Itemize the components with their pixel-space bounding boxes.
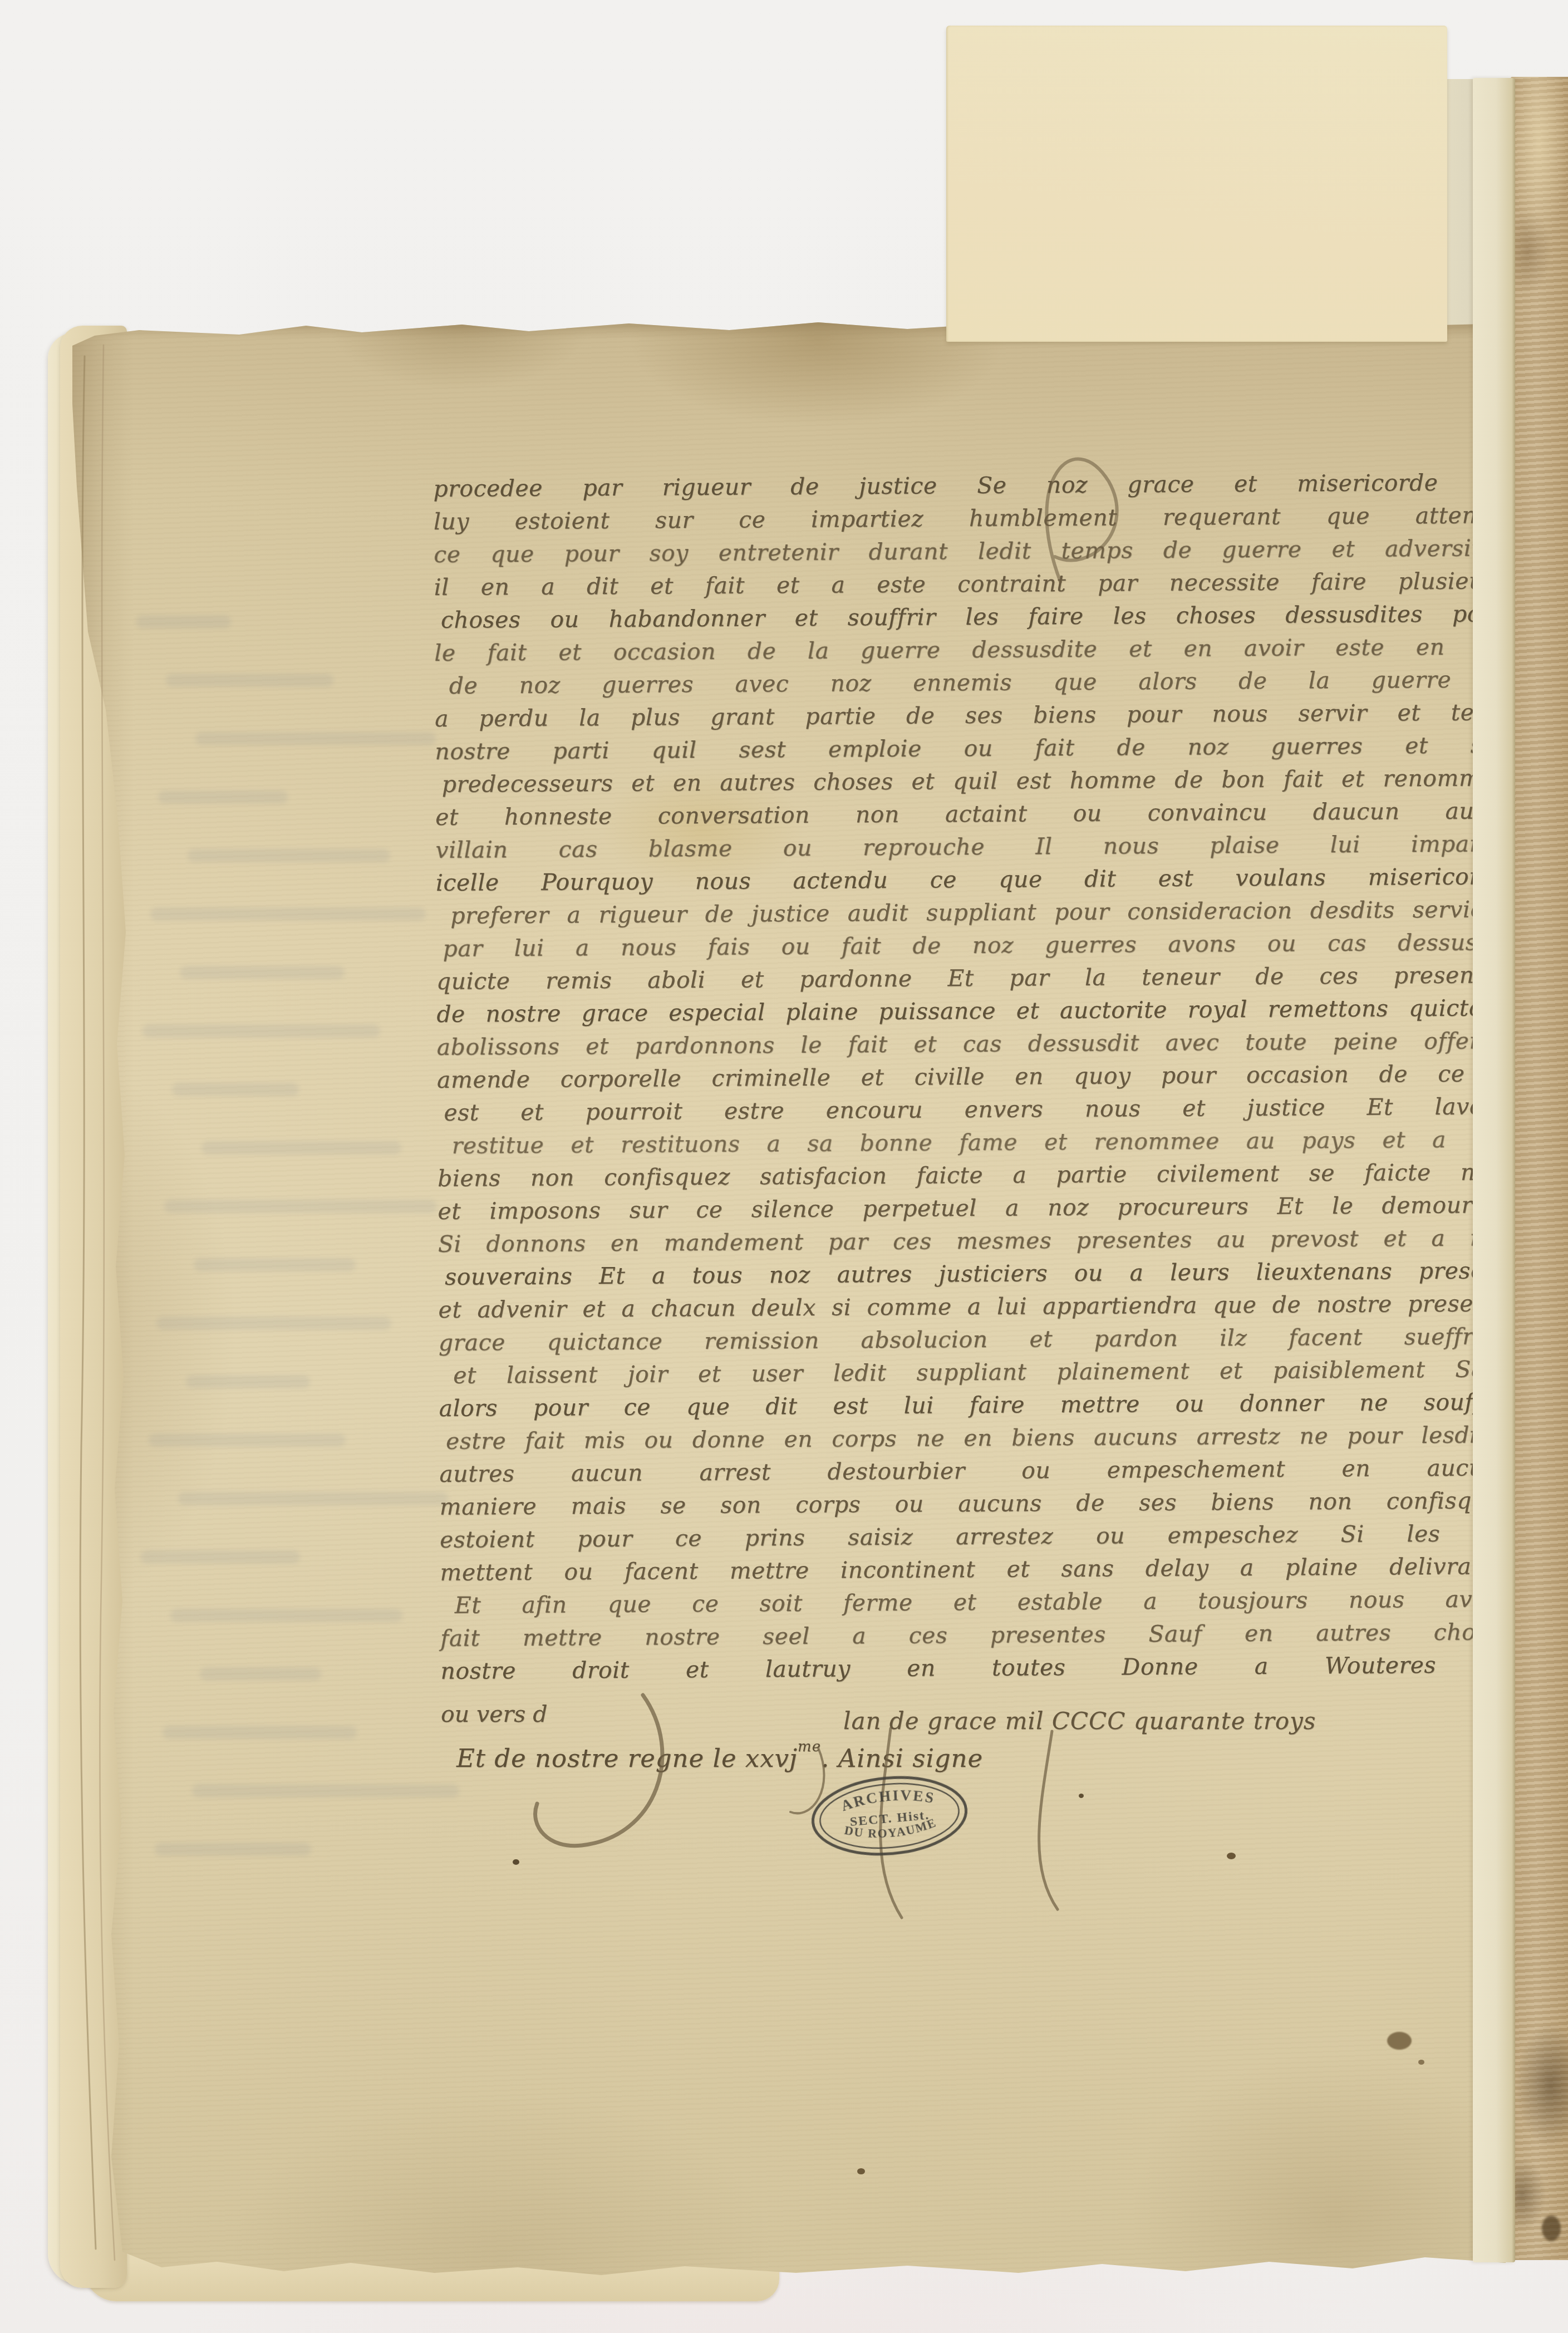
showthrough-mark bbox=[163, 1726, 357, 1739]
interleaf-tab bbox=[946, 26, 1447, 342]
showthrough-mark bbox=[186, 1375, 310, 1388]
manuscript-date-line: lan de grace mil CCCC quarante troys bbox=[843, 1707, 1316, 1735]
manuscript-line: grace quictance remission absolucion et … bbox=[439, 1320, 1512, 1359]
showthrough-mark bbox=[155, 1843, 311, 1856]
showthrough-mark bbox=[172, 1083, 299, 1096]
archive-stamp: ARCHIVES SECT. Hist. DU ROYAUME bbox=[802, 1762, 977, 1870]
showthrough-mark bbox=[188, 849, 390, 862]
regnal-superscript: me bbox=[798, 1738, 821, 1755]
binding-stain bbox=[1542, 2216, 1561, 2241]
ink-spot bbox=[513, 1859, 519, 1865]
manuscript-line: fait mettre nostre seel a ces presentes … bbox=[440, 1615, 1513, 1655]
manuscript-line: abolissons et pardonnons le fait et cas … bbox=[436, 1024, 1510, 1064]
manuscript-line: restitue et restituons a sa bonne fame e… bbox=[452, 1123, 1511, 1162]
showthrough-mark bbox=[180, 966, 345, 979]
showthrough-mark bbox=[195, 732, 436, 745]
showthrough-mark bbox=[170, 1609, 402, 1622]
showthrough-mark bbox=[166, 674, 333, 687]
manuscript-line: nostre droit et lautruy en toutes Donne … bbox=[440, 1648, 1513, 1688]
showthrough-mark bbox=[201, 1141, 401, 1155]
showthrough-mark bbox=[158, 790, 288, 804]
leaf-edge-strip bbox=[1473, 78, 1515, 2262]
parchment-page: procedee par rigueur de justice Se noz g… bbox=[72, 320, 1506, 2275]
ink-spot bbox=[857, 2168, 865, 2174]
binding-board bbox=[1511, 77, 1568, 2260]
showthrough-mark bbox=[149, 1433, 346, 1447]
ink-stain bbox=[1387, 2032, 1412, 2050]
showthrough-mark bbox=[150, 907, 426, 921]
manuscript-scan: procedee par rigueur de justice Se noz g… bbox=[0, 0, 1568, 2333]
showthrough-mark bbox=[194, 1258, 356, 1271]
manuscript-line: Si donnons en mandement par ces mesmes p… bbox=[438, 1221, 1511, 1261]
manuscript-line-fragment: ou vers d bbox=[441, 1701, 547, 1727]
manuscript-line: villain cas blasme ou reprouche Il nous … bbox=[435, 827, 1508, 867]
showthrough-mark bbox=[178, 1492, 448, 1505]
manuscript-line: le fait et occasion de la guerre dessusd… bbox=[434, 630, 1507, 670]
showthrough-mark bbox=[156, 1317, 391, 1330]
showthrough-mark bbox=[192, 1784, 459, 1797]
manuscript-line: estre fait mis ou donne en corps ne en b… bbox=[446, 1418, 1512, 1458]
manuscript-line: nostre parti quil sest emploie ou fait d… bbox=[435, 729, 1508, 768]
showthrough-mark bbox=[141, 1550, 300, 1564]
showthrough-mark bbox=[142, 1024, 380, 1038]
showthrough-mark bbox=[164, 1200, 437, 1213]
ink-spot bbox=[1079, 1794, 1084, 1798]
manuscript-line: estoient pour ce prins saisiz arrestez o… bbox=[440, 1517, 1513, 1556]
manuscript-line: ce que pour soy entretenir durant ledit … bbox=[434, 532, 1507, 571]
text-block: procedee par rigueur de justice Se noz g… bbox=[433, 466, 1513, 1688]
showthrough-mark bbox=[136, 615, 231, 628]
manuscript-line: par lui a nous fais ou fait de noz guerr… bbox=[443, 926, 1509, 965]
regnal-year-text: Et de nostre regne le xxvj bbox=[456, 1743, 798, 1773]
ink-spot bbox=[1227, 1853, 1236, 1859]
ink-spot bbox=[1418, 2060, 1424, 2065]
showthrough-mark bbox=[200, 1667, 321, 1681]
